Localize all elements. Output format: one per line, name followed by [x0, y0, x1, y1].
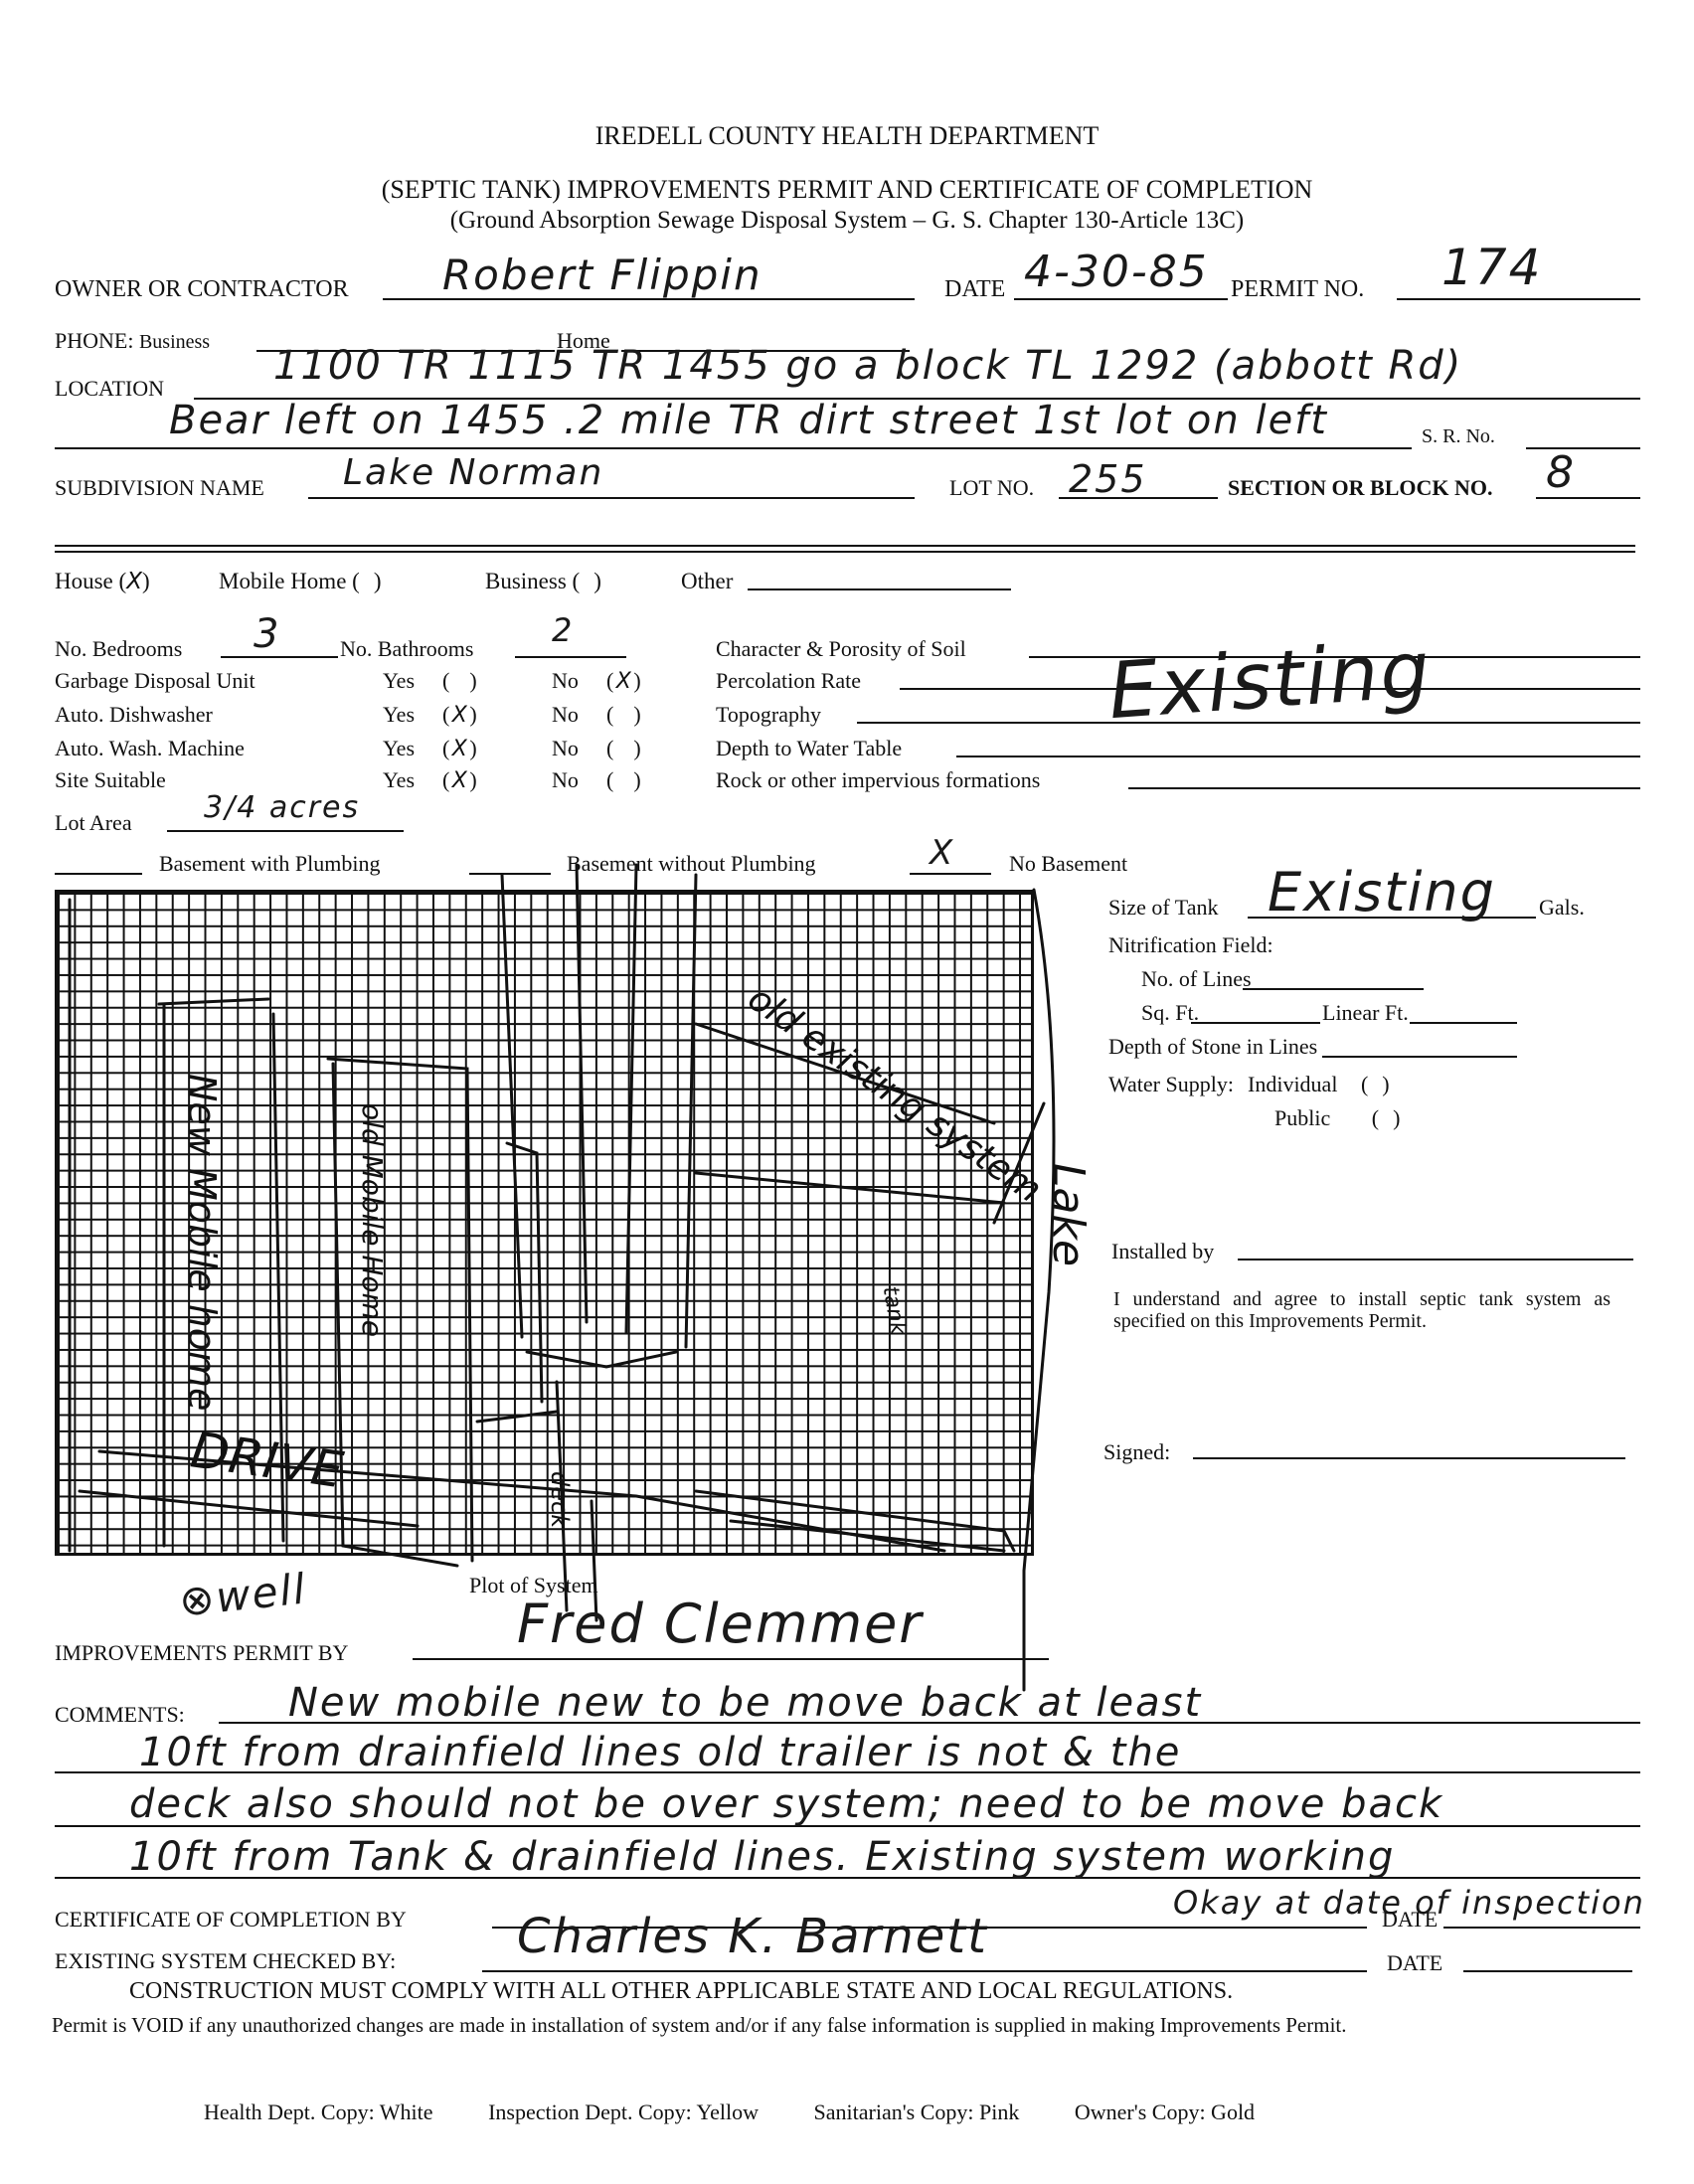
comments-label: COMMENTS:	[55, 1702, 185, 1728]
comment-line: deck also should not be over system; nee…	[129, 1781, 1443, 1827]
deck-label: deck	[546, 1471, 574, 1529]
copy-distribution: Health Dept. Copy: White Inspection Dept…	[204, 2100, 1304, 2125]
drive-label: DRIVE	[187, 1421, 347, 1499]
comment-line: New mobile new to be move back at least	[288, 1680, 1202, 1726]
void-notice: Permit is VOID if any unauthorized chang…	[52, 2014, 1513, 2037]
comment-line: 10ft from drainfield lines old trailer i…	[139, 1730, 1181, 1775]
copy-owner: Owner's Copy: Gold	[1075, 2100, 1255, 2124]
old-mobile-home-outline	[328, 1059, 472, 1566]
existing-checked-field[interactable]: Charles K. Barnett	[517, 1909, 988, 1964]
certificate-label: CERTIFICATE OF COMPLETION BY	[55, 1907, 407, 1932]
existing-date-field[interactable]	[1463, 1970, 1632, 1972]
lake-boundary	[1024, 890, 1054, 1690]
drive-lines-right	[696, 1491, 1014, 1551]
existing-date-label: DATE	[1387, 1950, 1442, 1976]
copy-inspection-dept: Inspection Dept. Copy: Yellow	[488, 2100, 759, 2124]
lake-label: Lake	[1043, 1163, 1094, 1266]
new-mobile-home-label: New Mobile home	[180, 1074, 224, 1411]
permit-by-field[interactable]: Fred Clemmer	[517, 1593, 924, 1655]
existing-checked-field-line	[482, 1970, 1367, 1972]
deck-outline	[477, 1143, 557, 1422]
permit-by-field-line	[413, 1658, 1049, 1660]
copy-sanitarian: Sanitarian's Copy: Pink	[814, 2100, 1020, 2124]
drainfield-lines	[502, 865, 696, 1347]
old-system-label: old existing system	[741, 978, 1049, 1211]
existing-checked-label: EXISTING SYSTEM CHECKED BY:	[55, 1948, 396, 1974]
certificate-date-field[interactable]	[1443, 1927, 1640, 1929]
compliance-notice: CONSTRUCTION MUST COMPLY WITH ALL OTHER …	[129, 1978, 1233, 2005]
tank-label: tank	[878, 1284, 911, 1338]
well-icon: ⊗	[177, 1574, 219, 1626]
comment-line: 10ft from Tank & drainfield lines. Exist…	[129, 1834, 1395, 1880]
copy-health-dept: Health Dept. Copy: White	[204, 2100, 433, 2124]
well-text: well	[214, 1564, 309, 1621]
certificate-date-label: DATE	[1382, 1907, 1438, 1932]
permit-by-label: IMPROVEMENTS PERMIT BY	[55, 1640, 348, 1666]
old-mobile-home-label: old Mobile Home	[356, 1103, 389, 1337]
